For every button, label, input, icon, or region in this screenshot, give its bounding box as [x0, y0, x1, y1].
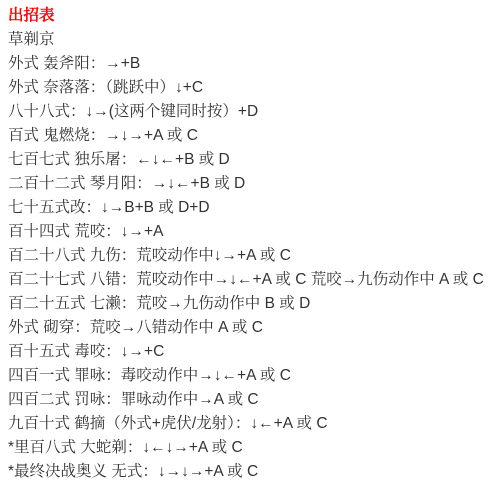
move-entry: 七百七式 独乐屠：←↓←+B 或 D — [8, 148, 493, 172]
move-entry: 百十四式 荒咬：↓→+A — [8, 220, 493, 244]
move-entry: 九百十式 鹤摘（外式+虎伏/龙射）：↓←+A 或 C — [8, 412, 493, 436]
move-list-document: 出招表 草剃京 外式 轰斧阳：→+B 外式 奈落落：（跳跃中）↓+C 八十八式：… — [0, 0, 501, 484]
move-entry: 百式 鬼燃烧：→↓→+A 或 C — [8, 124, 493, 148]
move-entry: 四百二式 罚咏：罪咏动作中→A 或 C — [8, 388, 493, 412]
move-entry: 百二十八式 九伤：荒咬动作中↓→+A 或 C — [8, 244, 493, 268]
move-entry: 百十五式 毒咬：↓→+C — [8, 340, 493, 364]
move-entry: 外式 砌穿：荒咬→八错动作中 A 或 C — [8, 316, 493, 340]
move-entry: *最终决战奥义 无式：↓→↓→+A 或 C — [8, 460, 493, 484]
character-name: 草剃京 — [8, 28, 493, 52]
move-entry: 八十八式：↓→(这两个键同时按）+D — [8, 100, 493, 124]
move-entry: 百二十七式 八错：荒咬动作中→↓←+A 或 C 荒咬→九伤动作中 A 或 C — [8, 268, 493, 292]
move-entry: *里百八式 大蛇剃：↓←↓→+A 或 C — [8, 436, 493, 460]
move-entry: 外式 奈落落：（跳跃中）↓+C — [8, 76, 493, 100]
move-entry: 外式 轰斧阳：→+B — [8, 52, 493, 76]
move-entry: 七十五式改：↓→B+B 或 D+D — [8, 196, 493, 220]
move-entry: 二百十二式 琴月阳：→↓←+B 或 D — [8, 172, 493, 196]
page-title: 出招表 — [8, 4, 493, 28]
move-entry: 四百一式 罪咏：毒咬动作中→↓←+A 或 C — [8, 364, 493, 388]
move-entry: 百二十五式 七濑：荒咬→九伤动作中 B 或 D — [8, 292, 493, 316]
